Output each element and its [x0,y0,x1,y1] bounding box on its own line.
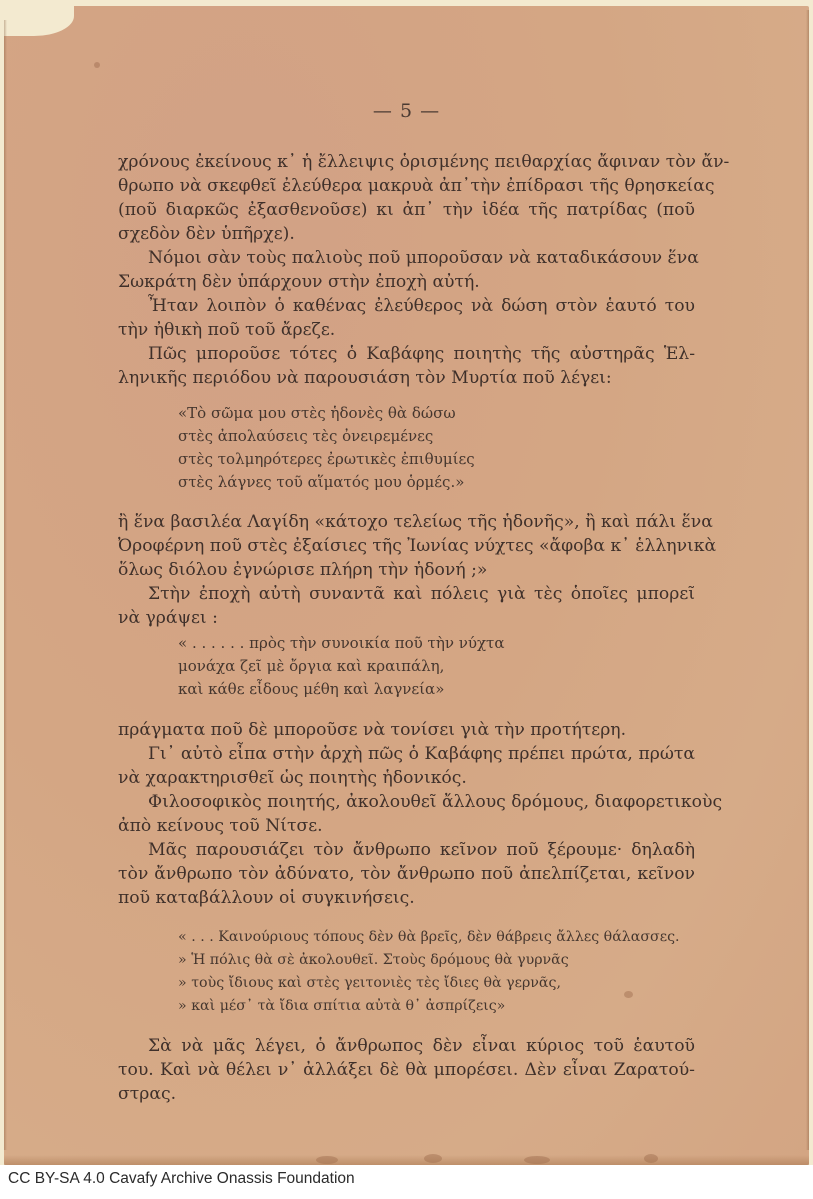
text-line: Ὀροφέρνη ποῦ στὲς ἐξαίσιες τῆς Ἰωνίας νύ… [118,534,695,558]
verse-line: » τοὺς ἴδιους καὶ στὲς γειτονιὲς τὲς ἴδι… [178,972,561,995]
page-edge-left [4,20,7,1150]
verse-line: » καὶ μέσ᾿ τὰ ἴδια σπίτια αὐτὰ θ᾿ ἀσπρίζ… [178,995,505,1018]
verse-line: « . . . Καινούριους τόπους δὲν θὰ βρεῖς,… [178,926,680,949]
page-edge-right [806,10,809,1150]
verse-line: » Ἡ πόλις θὰ σὲ ἀκολουθεῖ. Στοὺς δρόμους… [178,949,569,972]
text-line: τὴν ἠθικὴ ποῦ τοῦ ἄρεζε. [118,318,695,342]
text-line: σχεδὸν δὲν ὑπῆρχε). [118,222,695,246]
verse-line: στὲς ἀπολαύσεις τὲς ὀνειρεμένες [178,425,433,448]
paper-stain [524,1156,550,1164]
text-line: Νόμοι σὰν τοὺς παλιοὺς ποῦ μποροῦσαν νὰ … [148,246,695,270]
text-line: χρόνους ἐκείνους κ᾿ ἡ ἔλλειψις ὁρισμένης… [118,150,695,174]
paper-stain [316,1156,338,1164]
text-line: Στὴν ἐποχὴ αὐτὴ συναντᾶ καὶ πόλεις γιὰ τ… [148,582,695,606]
verse-line: «Τὸ σῶμα μου στὲς ἡδονὲς θὰ δώσω [178,402,456,425]
text-line: ὅλως διόλου ἐγνώρισε πλήρη τὴν ἡδονή ;» [118,558,695,582]
verse-line: καὶ κάθε εἶδους μέθη καὶ λαγνεία» [178,678,444,701]
verse-line: στὲς λάγνες τοῦ αἵματός μου ὁρμές.» [178,471,464,494]
paper-stain [94,62,100,68]
paper-stain [624,991,633,998]
text-line: ποῦ καταβάλλουν οἱ συγκινήσεις. [118,886,695,910]
verse-line: στὲς τολμηρότερες ἐρωτικὲς ἐπιθυμίες [178,448,475,471]
text-line: τὸν ἄνθρωπο τὸν ἀδύνατο, τὸν ἄνθρωπο ποῦ… [118,862,695,886]
text-line: Φιλοσοφικὸς ποιητής, ἀκολουθεῖ ἄλλους δρ… [148,790,695,814]
text-line: Γι᾿ αὐτὸ εἶπα στὴν ἀρχὴ πῶς ὁ Καβάφης πρ… [148,742,695,766]
scanned-page-image: — 5 — χρόνους ἐκείνους κ᾿ ἡ ἔλλειψις ὁρι… [0,0,813,1165]
license-caption: CC BY-SA 4.0 Cavafy Archive Onassis Foun… [8,1170,355,1188]
text-line: Σὰ νὰ μᾶς λέγει, ὁ ἄνθρωπος δὲν εἶναι κύ… [148,1034,695,1058]
text-line: Μᾶς παρουσιάζει τὸν ἄνθρωπο κεῖνον ποῦ ξ… [148,838,695,862]
text-line: νὰ γράψει : [118,606,695,630]
text-line: Πῶς μποροῦσε τότες ὁ Καβάφης ποιητὴς τῆς… [148,342,695,366]
text-line: στρας. [118,1082,695,1106]
text-line: ληνικῆς περιόδου νὰ παρουσιάση τὸν Μυρτί… [118,366,695,390]
paper-stain [644,1154,658,1163]
text-line: του. Καὶ νὰ θέλει ν᾿ ἀλλάξει δὲ θὰ μπορέ… [118,1058,695,1082]
verse-line: μονάχα ζεῖ μὲ ὄργια καὶ κραιπάλη, [178,655,444,678]
text-line: ἢ ἕνα βασιλέα Λαγίδη «κάτοχο τελείως τῆς… [118,510,695,534]
text-line: (ποῦ διαρκῶς ἐξασθενοῦσε) κι ἀπ᾿ τὴν ἰδέ… [118,198,695,222]
page-number: — 5 — [0,100,813,122]
verse-line: « . . . . . . πρὸς τὴν συνοικία ποῦ τὴν … [178,632,504,655]
paper-stain [424,1154,442,1163]
text-line: θρωπο νὰ σκεφθεῖ ἐλεύθερα μακρυὰ ἀπ᾿τὴν … [118,174,695,198]
text-line: νὰ χαρακτηρισθεῖ ὡς ποιητὴς ἡδονικός. [118,766,695,790]
text-line: Ἦταν λοιπὸν ὁ καθένας ἐλεύθερος νὰ δώση … [148,294,695,318]
text-line: ἀπὸ κείνους τοῦ Νίτσε. [118,814,695,838]
text-line: πράγματα ποῦ δὲ μποροῦσε νὰ τονίσει γιὰ … [118,718,695,742]
text-line: Σωκράτη δὲν ὑπάρχουν στὴν ἐποχὴ αὐτή. [118,270,695,294]
